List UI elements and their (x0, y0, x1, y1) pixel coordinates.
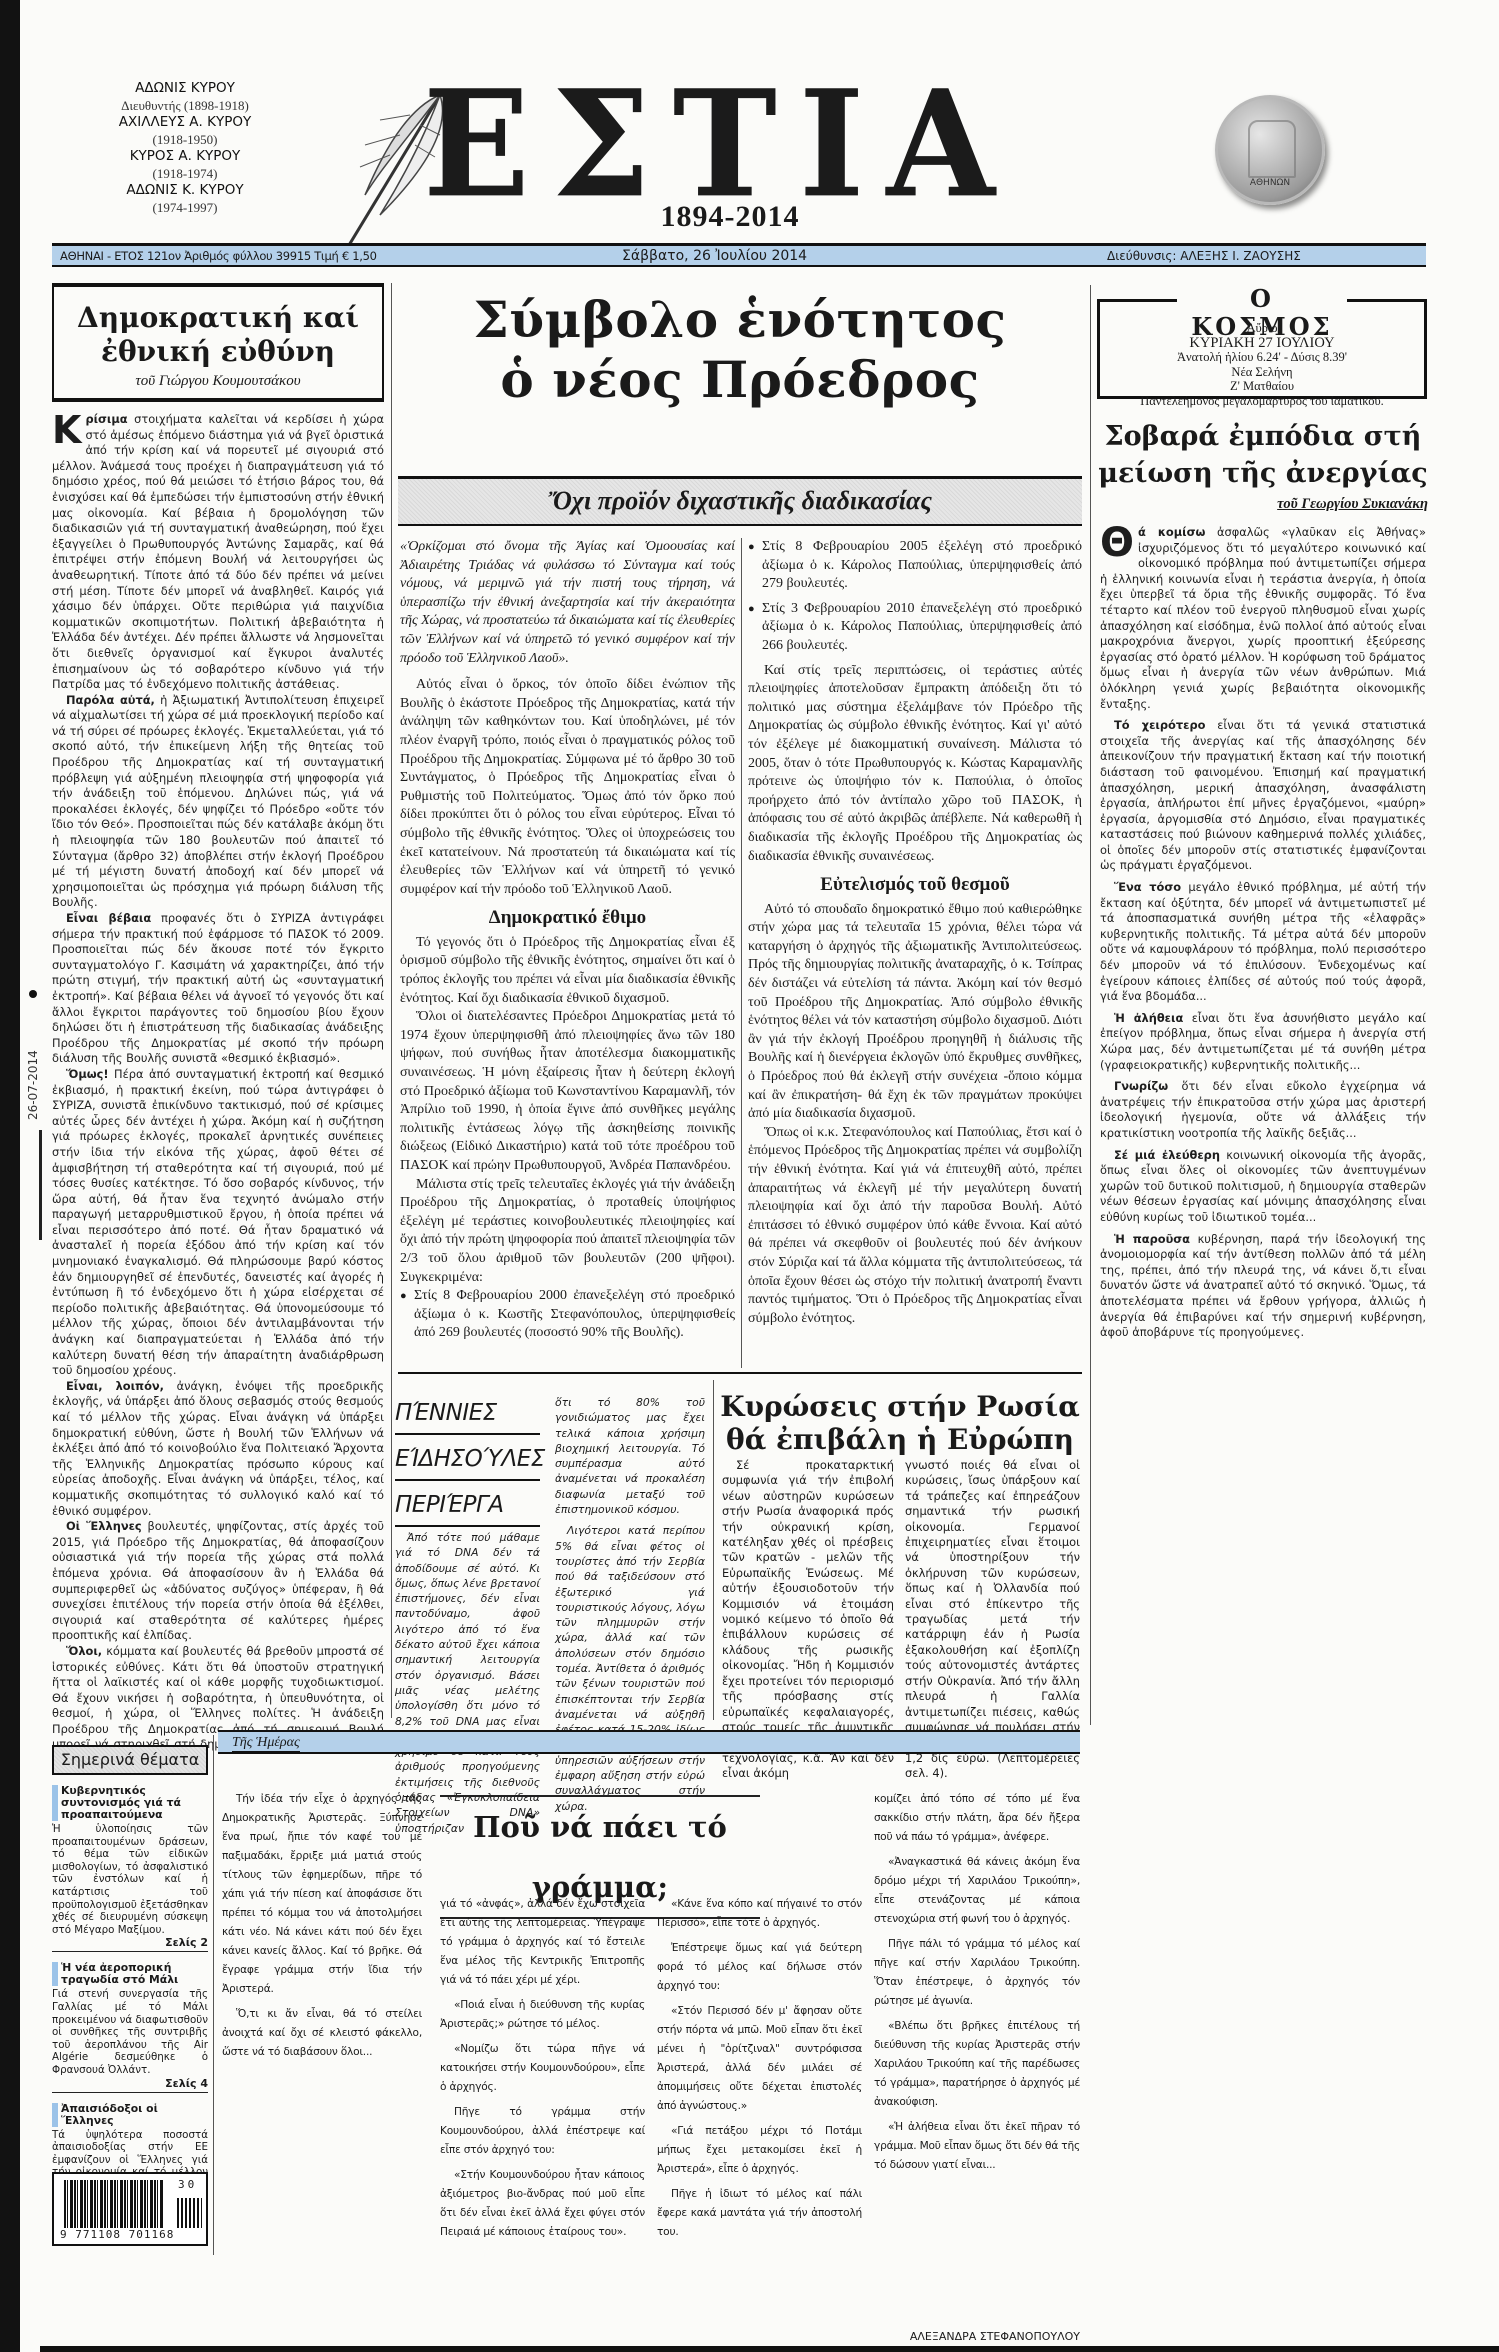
anniversary-years: 1894-2014 (610, 200, 850, 234)
director-info: Διεύθυνσις: ΑΛΕΞΗΣ Ι. ΖΑΟΥΣΗΣ (1107, 249, 1301, 263)
left-article: Δημοκρατική καί ἐθνική εὐθύνη τοῦ Γιώργο… (52, 283, 384, 1769)
theme-item[interactable]: Κυβερνητικός συντονισμός γιά τά προαπαιτ… (52, 1785, 208, 1952)
founder-3: ΚΥΡΟΣ Α. ΚΥΡΟΥ(1918-1974) (70, 148, 300, 182)
ancient-coin-icon: ΑΘΗΝΩΝ (1215, 95, 1325, 205)
imeras-col-4: κομίζει ἀπό τόπο σέ τόπο μέ ἕνα σακκίδιο… (874, 1790, 1080, 2181)
left-byline: τοῦ Γιώργου Κουμουτσάκου (54, 369, 382, 398)
russia-headline: Κυρώσεις στήν Ρωσία θά ἐπιβάλη ἡ Εὐρώπη (720, 1390, 1080, 1456)
kosmos-box: Ο ΚΟΣΜΟΣ Αὔριο ΚΥΡΙΑΚΗ 27 ΙΟΥΛΙΟΥ Ἀνατολ… (1097, 285, 1427, 400)
main-article-col-2: Στίς 8 Φεβρουαρίου 2005 ἐξελέγη στό προε… (748, 538, 1082, 1328)
drop-cap: Θ (1100, 527, 1138, 559)
section-rule (398, 1372, 1082, 1374)
column-divider (1090, 285, 1091, 1725)
column-divider (741, 538, 742, 1368)
left-para: Οἱ Ἕλληνες βουλευτές, ψηφίζοντας, στίς ἀ… (52, 1519, 384, 1644)
left-para: Εἶναι, λοιπόν, ἀνάγκη, ἐνόψει τῆς προεδρ… (52, 1379, 384, 1519)
page-ref: Σελίς 2 (52, 1936, 208, 1949)
section-heading: Δημοκρατικό ἔθιμο (400, 909, 735, 928)
scan-edge (0, 0, 20, 2352)
main-headline: Σύμβολο ἑνότητος ὁ νέος Πρόεδρος (400, 290, 1080, 410)
right-headline: Σοβαρά ἐμπόδια στή μείωση τῆς ἀνεργίας (1098, 418, 1428, 492)
section-heading: Εὐτελισμός τοῦ θεσμοῦ (748, 876, 1082, 895)
side-date: 26-07-2014 (26, 1010, 42, 1120)
founder-2: ΑΧΙΛΛΕΥΣ Α. ΚΥΡΟΥ(1918-1950) (70, 114, 300, 148)
drop-cap: Κ (52, 414, 85, 446)
bottom-edge (40, 2346, 1499, 2352)
column-divider (213, 1735, 214, 2255)
pennies-col-2: ὅτι τό 80% τοῦ γονιδιώματος μας ἔχει τελ… (555, 1395, 705, 1820)
coin-figure (1248, 120, 1296, 178)
todays-themes: Σημερινά θέματα Κυβερνητικός συντονισμός… (52, 1745, 208, 2233)
left-headline: Δημοκρατική καί ἐθνική εὐθύνη (54, 287, 382, 369)
main-subhead: Ὄχι προϊόν διχαστικῆς διαδικασίας (398, 476, 1082, 526)
side-rule (39, 1130, 42, 1240)
right-article-body: Θά κομίσω ἀσφαλῶς «γλαῦκαν εἰς Ἀθήνας» ἰ… (1100, 525, 1426, 1341)
barcode-addon-bars (177, 2198, 202, 2228)
imeras-col-1: Τήν ἰδέα τήν εἶχε ὁ ἀρχηγός τῆς Δημοκρατ… (222, 1790, 422, 2068)
page-ref: Σελίς 4 (52, 2077, 208, 2090)
themes-title: Σημερινά θέματα (52, 1745, 208, 1775)
founders-list: ΑΔΩΝΙΣ ΚΥΡΟΥΔιευθυντής (1898-1918) ΑΧΙΛΛ… (70, 80, 300, 216)
info-bar: ΑΘΗΝΑΙ - ΕΤΟΣ 121ον Ἀριθμός φύλλου 39915… (52, 243, 1426, 267)
bullet-item: Στίς 3 Φεβρουαρίου 2010 ἐπανεξελέγη στό … (748, 600, 1082, 656)
imeras-col-3: «Κάνε ἕνα κόπο καί πήγαινέ το στόν Περισ… (657, 1895, 862, 2248)
masthead: ΕΣΤΙΑ 1894-2014 (360, 70, 1080, 220)
theme-item[interactable]: Ἡ νέα ἀεροπορική τραγωδία στό Μάλι Γιά σ… (52, 1962, 208, 2092)
bullet-item: Στίς 8 Φεβρουαρίου 2005 ἐξελέγη στό προε… (748, 538, 1082, 594)
section-label: Τῆς Ἡμέρας (232, 1735, 300, 1753)
right-byline: τοῦ Γεωργίου Συκιανάκη (1098, 496, 1428, 513)
left-headline-box: Δημοκρατική καί ἐθνική εὐθύνη τοῦ Γιώργο… (52, 283, 384, 402)
issue-date: Σάββατο, 26 Ἰουλίου 2014 (622, 248, 807, 264)
left-para: Εἶναι βέβαια προφανές ὅτι ὁ ΣΥΡΙΖΑ ἀντιγ… (52, 911, 384, 1067)
founder-1: ΑΔΩΝΙΣ ΚΥΡΟΥΔιευθυντής (1898-1918) (70, 80, 300, 114)
side-dot (29, 990, 37, 998)
barcode: 30 9 771108 701168 (52, 2172, 208, 2246)
bullet-item: Στίς 8 Φεβρουαρίου 2000 ἐπανεξελέγη στό … (400, 1287, 735, 1343)
imeras-col-2: γιά τό «ἀνφάς», ἀλλά δέν ἔχω στοιχεῖα ἔτ… (440, 1895, 645, 2248)
main-article-col-1: «Ὁρκίζομαι στό ὄνομα τῆς Ἁγίας καί Ὁμοου… (400, 538, 735, 1349)
imeras-bar: Τῆς Ἡμέρας (218, 1730, 1080, 1754)
issue-info: ΑΘΗΝΑΙ - ΕΤΟΣ 121ον Ἀριθμός φύλλου 39915… (60, 249, 377, 263)
author-signature: ΑΛΕΞΑΝΔΡΑ ΣΤΕΦΑΝΟΠΟΥΛΟΥ (740, 2330, 1080, 2343)
kosmos-body: Αὔριο ΚΥΡΙΑΚΗ 27 ΙΟΥΛΙΟΥ Ἀνατολή ἡλίου 6… (1097, 321, 1427, 409)
left-para: Ὅμως! Πέρα ἀπό συνταγματική ἐκτροπή καί … (52, 1067, 384, 1379)
barcode-bars (64, 2180, 164, 2228)
left-para: Παρόλα αὐτά, ἡ Ἀξιωματική Ἀντιπολίτευση … (52, 693, 384, 911)
pennies-titles: Πέννιες Είδησούλες Περιέργα (395, 1393, 540, 1531)
founder-4: ΑΔΩΝΙΣ Κ. ΚΥΡΟΥ(1974-1997) (70, 182, 300, 216)
column-divider (713, 1380, 714, 1720)
left-article-body: Κρίσιμα στοιχήματα καλεῖται νά κερδίσει … (52, 412, 384, 1769)
column-divider (391, 283, 392, 1718)
